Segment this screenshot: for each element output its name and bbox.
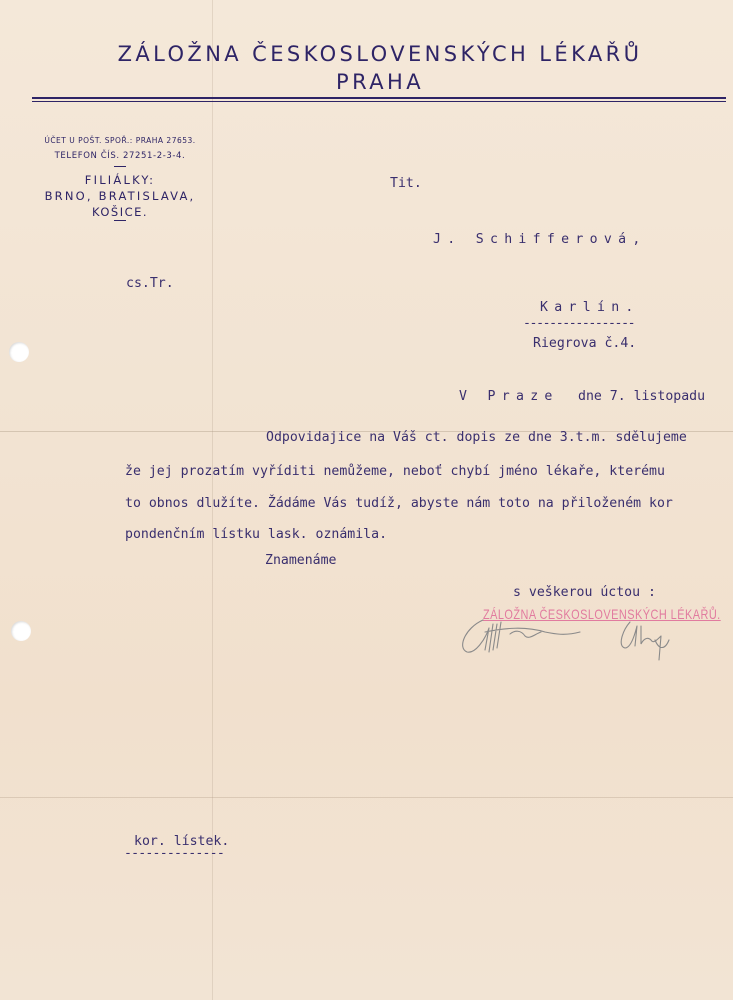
enclosure-underline: -------------- xyxy=(124,846,224,861)
recipient-street: Riegrova č.4. xyxy=(533,336,636,351)
body-line-1: Odpovidajice na Váš ct. dopis ze dne 3.t… xyxy=(266,430,687,445)
letterhead-branches-label: FILIÁLKY: xyxy=(0,173,240,187)
recipient-city: Karlín. xyxy=(540,300,640,315)
letterhead-phone: TELEFON ČÍS. 27251-2-3-4. xyxy=(0,151,240,161)
punch-hole xyxy=(11,621,31,641)
sign-off: Znamenáme xyxy=(265,553,336,568)
closing-respect: s veškerou úctou : xyxy=(513,585,656,600)
dateline-place: V Praze xyxy=(459,389,559,404)
recipient-salutation: Tit. xyxy=(390,176,422,191)
recipient-name: J. Schifferová, xyxy=(433,232,647,247)
body-line-4: pondenčním lístku lask. oznámila. xyxy=(125,527,387,542)
divider xyxy=(114,220,126,221)
letterhead-rule-top xyxy=(32,97,726,99)
letterhead-org-name: ZÁLOŽNA ČESKOSLOVENSKÝCH LÉKAŘŮ xyxy=(0,42,733,66)
reference-code: cs.Tr. xyxy=(126,276,174,291)
letterhead-branches-line1: BRNO, BRATISLAVA, xyxy=(0,189,240,203)
letterhead-city: PRAHA xyxy=(0,70,733,94)
body-line-2: že jej prozatím vyříditi nemůžeme, neboť… xyxy=(125,464,665,479)
signature-icon xyxy=(455,610,685,670)
letterhead-rule-bottom xyxy=(32,101,726,102)
divider xyxy=(114,166,126,167)
letterhead-branches-line2: KOŠICE. xyxy=(0,205,240,219)
letterhead-account: ÚČET U POŠT. SPOŘ.: PRAHA 27653. xyxy=(0,136,240,145)
fold-line-horizontal xyxy=(0,797,733,798)
recipient-city-underline: ----------------- xyxy=(523,316,634,331)
body-line-3: to obnos dlužíte. Žádáme Vás tudíž, abys… xyxy=(125,496,673,511)
punch-hole xyxy=(9,342,29,362)
dateline-date: dne 7. listopadu xyxy=(578,389,705,404)
